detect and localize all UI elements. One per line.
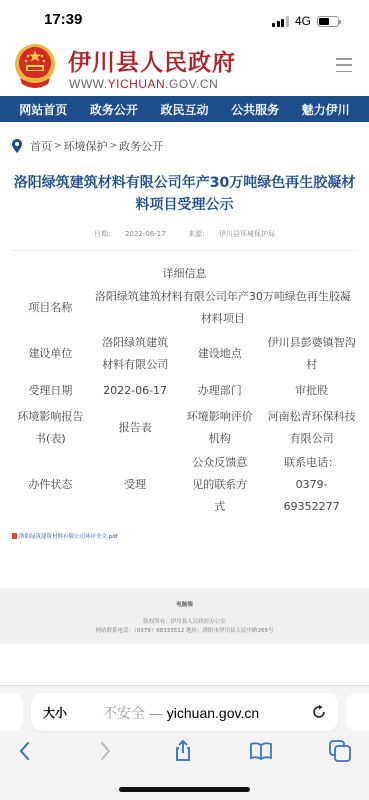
status-bar: 17:39 4G xyxy=(0,0,369,40)
text-size-label: 大小 xyxy=(43,706,67,720)
text-size-button[interactable]: 大小 xyxy=(43,704,67,721)
nav-item-interaction[interactable]: 政民互动 xyxy=(160,101,208,118)
breadcrumb-separator: > xyxy=(54,141,62,151)
site-url: WWW.YICHUAN.GOV.CN xyxy=(69,77,218,91)
signal-icon xyxy=(272,16,289,27)
accept-date-value: 2022-06-17 xyxy=(93,378,178,404)
prev-tab-preview[interactable] xyxy=(0,693,23,731)
project-name-label: 项目名称 xyxy=(8,286,93,330)
accept-date-label: 受理日期 xyxy=(8,378,93,404)
details-table: 详细信息 项目名称 洛阳绿筑建筑材料有限公司年产30万吨绿色再生胶凝材料项目 建… xyxy=(8,262,361,518)
domain: yichuan.gov.cn xyxy=(167,705,259,721)
status-label: 办件状态 xyxy=(8,452,93,518)
eval-org-value: 河南松青环保科技有限公司 xyxy=(262,404,361,452)
network-type: 4G xyxy=(295,14,311,28)
pdf-icon xyxy=(12,533,17,539)
feedback-value: 联系电话：0379-69352277 xyxy=(262,452,361,518)
status-indicators: 4G xyxy=(272,14,339,28)
url-display[interactable]: 不安全 — yichuan.gov.cn xyxy=(103,703,259,723)
breadcrumb: 首页 > 环境保护 > 政务公开 xyxy=(12,138,163,154)
nav-item-charm-yichuan[interactable]: 魅力伊川 xyxy=(302,101,350,118)
dept-value: 审批股 xyxy=(262,378,361,404)
eval-org-label: 环境影响评价机构 xyxy=(177,404,262,452)
breadcrumb-env-protection[interactable]: 环境保护 xyxy=(64,138,108,154)
builder-value: 洛阳绿筑建筑材料有限公司 xyxy=(93,330,178,378)
browser-bar: 大小 不安全 — yichuan.gov.cn xyxy=(0,685,369,800)
report-type-value: 报告表 xyxy=(93,404,178,452)
builder-label: 建设单位 xyxy=(8,330,93,378)
share-icon[interactable] xyxy=(171,739,195,763)
tabs-icon[interactable] xyxy=(328,739,352,763)
site-title[interactable]: 伊川县人民政府 xyxy=(68,44,236,77)
insecure-label: 不安全 — xyxy=(103,705,163,721)
location-pin-icon xyxy=(12,139,22,153)
feedback-label: 公众反馈意见的联系方式 xyxy=(177,452,262,518)
battery-icon xyxy=(317,16,339,27)
source: 来源：伊川县环境保护局 xyxy=(183,230,280,238)
date-label: 日期： xyxy=(94,230,115,238)
hamburger-menu-icon[interactable] xyxy=(336,58,352,72)
breadcrumb-separator: > xyxy=(110,141,118,151)
breadcrumb-home[interactable]: 首页 xyxy=(30,138,52,154)
details-header: 详细信息 xyxy=(8,262,361,286)
address-bar[interactable]: 大小 不安全 — yichuan.gov.cn xyxy=(31,693,338,731)
date-value: 2022-06-17 xyxy=(125,230,166,238)
desktop-mode-link[interactable]: 电脑端 xyxy=(0,600,369,608)
url-prefix: WWW. xyxy=(69,77,108,91)
location-label: 建设地点 xyxy=(177,330,262,378)
location-value: 伊川县彭婆镇智沟村 xyxy=(262,330,361,378)
forward-icon[interactable] xyxy=(93,739,117,763)
nav-item-gov-affairs[interactable]: 政务公开 xyxy=(90,101,138,118)
main-nav: 网站首页 政务公开 政民互动 公共服务 魅力伊川 xyxy=(0,96,369,122)
site-header: 伊川县人民政府 WWW.YICHUAN.GOV.CN xyxy=(0,40,369,96)
attachment-link[interactable]: 洛阳绿筑建筑材料有限公司环评全文.pdf xyxy=(12,532,118,540)
next-tab-preview[interactable] xyxy=(346,693,369,731)
site-footer: 电脑端 版权所有：伊川县人民政府办公室 网站联系电话：（0379）6833351… xyxy=(0,588,369,644)
status-time: 17:39 xyxy=(44,11,82,28)
report-type-label: 环境影响报告书(表) xyxy=(8,404,93,452)
attachment-label[interactable]: 洛阳绿筑建筑材料有限公司环评全文.pdf xyxy=(19,532,118,540)
divider xyxy=(12,250,357,251)
article-meta: 日期：2022-06-17 来源：伊川县环境保护局 xyxy=(0,229,369,239)
url-suffix: .GOV.CN xyxy=(165,77,218,91)
article-title: 洛阳绿筑建筑材料有限公司年产30万吨绿色再生胶凝材料项目受理公示 xyxy=(12,172,357,216)
dept-label: 办理部门 xyxy=(177,378,262,404)
nav-item-public-service[interactable]: 公共服务 xyxy=(231,101,279,118)
bookmarks-icon[interactable] xyxy=(249,739,273,763)
home-indicator[interactable] xyxy=(119,787,250,792)
status-value: 受理 xyxy=(93,452,178,518)
source-label: 来源： xyxy=(188,230,209,238)
browser-toolbar xyxy=(0,739,369,769)
reload-icon[interactable] xyxy=(310,703,328,721)
nav-item-home[interactable]: 网站首页 xyxy=(19,101,67,118)
national-emblem-icon[interactable] xyxy=(12,42,58,92)
date: 日期：2022-06-17 xyxy=(89,230,171,238)
contact-info: 网站联系电话：（0379）68333512 地址：洛阳市伊川县人民中路265号 xyxy=(0,626,369,634)
back-icon[interactable] xyxy=(13,739,37,763)
project-name-value: 洛阳绿筑建筑材料有限公司年产30万吨绿色再生胶凝材料项目 xyxy=(93,286,361,330)
url-highlight: YICHUAN xyxy=(108,77,166,91)
source-value: 伊川县环境保护局 xyxy=(219,230,275,238)
breadcrumb-gov-affairs[interactable]: 政务公开 xyxy=(119,138,163,154)
copyright: 版权所有：伊川县人民政府办公室 xyxy=(0,617,369,625)
